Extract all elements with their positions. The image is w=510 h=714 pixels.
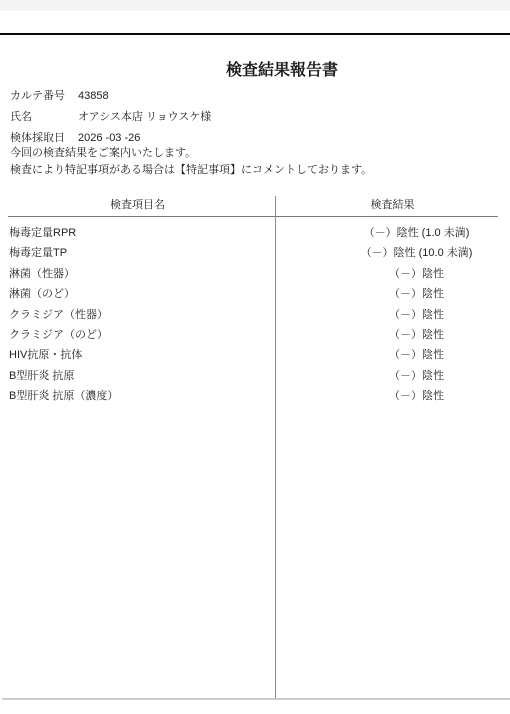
top-strip	[0, 0, 510, 11]
intro-line-1: 今回の検査結果をご案内いたします。	[10, 145, 372, 162]
test-result-value: （－）陰性	[275, 284, 510, 304]
intro-line-2: 検査により特記事項がある場合は【特記事項】にコメントしております。	[10, 162, 372, 179]
test-item-name: B型肝炎 抗原（濃度）	[0, 386, 275, 406]
test-item-name: 淋菌（性器）	[0, 264, 275, 284]
test-result-value: （－）陰性	[275, 386, 510, 406]
test-result-value: （－）陰性 (1.0 未満)	[275, 223, 510, 243]
table-row: HIV抗原・抗体（－）陰性	[0, 345, 510, 365]
page-title: 検査結果報告書	[27, 63, 510, 79]
test-item-name: 淋菌（のど）	[0, 284, 275, 304]
chart-number-label: カルテ番号	[10, 86, 78, 107]
report-page: 検査結果報告書 カルテ番号 43858 氏名 オアシス本店 リョウスケ様 検体採…	[0, 0, 510, 714]
test-item-name: 梅毒定量TP	[0, 243, 275, 263]
column-header-test-item: 検査項目名	[0, 198, 275, 213]
test-item-name: 梅毒定量RPR	[0, 223, 275, 243]
intro-paragraph: 今回の検査結果をご案内いたします。 検査により特記事項がある場合は【特記事項】に…	[10, 145, 372, 179]
test-result-value: （－）陰性	[275, 366, 510, 386]
test-result-value: （－）陰性	[275, 305, 510, 325]
test-item-name: クラミジア（のど）	[0, 325, 275, 345]
patient-info-block: カルテ番号 43858 氏名 オアシス本店 リョウスケ様 検体採取日 2026 …	[10, 86, 211, 149]
patient-name-label: 氏名	[10, 107, 78, 128]
chart-number-value: 43858	[78, 86, 109, 107]
top-divider-rule	[0, 33, 510, 35]
table-row: クラミジア（性器）（－）陰性	[0, 305, 510, 325]
test-result-value: （－）陰性	[275, 345, 510, 365]
table-row: B型肝炎 抗原（－）陰性	[0, 366, 510, 386]
bottom-page-rule	[2, 698, 510, 700]
table-row: 梅毒定量RPR（－）陰性 (1.0 未満)	[0, 223, 510, 243]
info-row-chart-number: カルテ番号 43858	[10, 86, 211, 107]
table-row: 淋菌（のど）（－）陰性	[0, 284, 510, 304]
results-rows: 梅毒定量RPR（－）陰性 (1.0 未満)梅毒定量TP（－）陰性 (10.0 未…	[0, 223, 510, 407]
test-item-name: HIV抗原・抗体	[0, 345, 275, 365]
test-result-value: （－）陰性	[275, 264, 510, 284]
table-row: B型肝炎 抗原（濃度）（－）陰性	[0, 386, 510, 406]
test-item-name: クラミジア（性器）	[0, 305, 275, 325]
info-row-patient-name: 氏名 オアシス本店 リョウスケ様	[10, 107, 211, 128]
test-result-value: （－）陰性 (10.0 未満)	[275, 243, 510, 263]
test-result-value: （－）陰性	[275, 325, 510, 345]
patient-name-value: オアシス本店 リョウスケ様	[78, 107, 211, 128]
test-item-name: B型肝炎 抗原	[0, 366, 275, 386]
table-header-rule	[8, 216, 498, 217]
table-row: 梅毒定量TP（－）陰性 (10.0 未満)	[0, 243, 510, 263]
table-row: クラミジア（のど）（－）陰性	[0, 325, 510, 345]
column-header-test-result: 検査結果	[275, 198, 510, 213]
table-row: 淋菌（性器）（－）陰性	[0, 264, 510, 284]
